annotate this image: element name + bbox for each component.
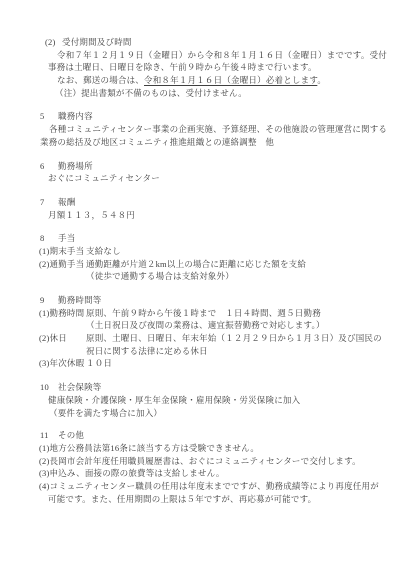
section-2-marker: (2) xyxy=(45,36,62,49)
section-9-item-3: (3)年次休暇１０日 xyxy=(39,357,400,370)
section-6-heading: 6勤務場所 xyxy=(40,160,400,173)
section-11-item-1: (1)地方公務員法第16条に該当する方は受験できません。 xyxy=(39,442,400,455)
section-7-number: 7 xyxy=(40,196,58,209)
section-2-paragraph-line-1: 令和７年１２月１９日（金曜日）から令和８年１月１６日（金曜日）までです。受付 xyxy=(57,49,400,62)
section-spacer xyxy=(0,99,400,110)
section-11-item-4: (4)コミュニティセンター職員の任用は年度末までですが、勤務成績等により再度任用… xyxy=(39,480,400,493)
section-2-caution-note: （注）提出書類が不備のものは、受付けません。 xyxy=(55,87,400,100)
section-11-number: 11 xyxy=(40,429,58,442)
mail-note-pre: なお、郵送の場合は、 xyxy=(57,75,144,85)
section-11-item-2: (2)長岡市会計年度任用職員履歴書は、おぐにコミュニティセンターで交付します。 xyxy=(39,455,400,468)
section-11-title: その他 xyxy=(58,430,84,440)
section-spacer xyxy=(0,370,400,381)
section-5-paragraph-line-1: 各種コミュニティセンター事業の企画実施、予算経理、その他施設の管理運営に関する xyxy=(49,123,400,136)
section-10-heading: 10社会保険等 xyxy=(40,381,400,394)
section-8-item-1: (1)期末手当支給なし xyxy=(39,245,400,258)
item-desc: 原則、午前９時から午後１時まで １日４時間、週５日勤務 xyxy=(86,307,321,320)
item-label: (2)休日 xyxy=(39,332,86,345)
document-page: (2)受付期間及び時間 令和７年１２月１９日（金曜日）から令和８年１月１６日（金… xyxy=(0,0,400,566)
section-2-paragraph-line-2: 事務は土曜日、日曜日を除き、午前９時から午後４時まで行います。 xyxy=(48,61,400,74)
section-6-number: 6 xyxy=(40,160,58,173)
section-5-title: 職務内容 xyxy=(58,111,93,121)
section-9-title: 勤務時間等 xyxy=(58,295,102,305)
section-7-title: 報酬 xyxy=(58,197,75,207)
section-10-title: 社会保険等 xyxy=(58,382,102,392)
section-10-line-2: （要件を満たす場合に加入） xyxy=(49,407,400,420)
item-desc: 通勤距離が片道２km以上の場合に距離に応じた額を支給 xyxy=(86,258,306,271)
section-10-number: 10 xyxy=(40,381,58,394)
section-2-heading: (2)受付期間及び時間 xyxy=(45,36,400,49)
item-desc: １０日 xyxy=(86,357,112,370)
section-7-body-monthly-salary: 月額１１３，５４８円 xyxy=(48,209,400,222)
item-label: (1)期末手当 xyxy=(39,245,86,258)
section-8-title: 手当 xyxy=(58,233,75,243)
section-9-item-2-continuation: 祝日に関する法律に定める休日 xyxy=(86,345,400,358)
item-label: (2)通勤手当 xyxy=(39,258,86,271)
section-9-item-1-note: （土日祝日及び夜間の業務は、適宜振替勤務で対応します。） xyxy=(86,319,400,332)
section-9-heading: 9勤務時間等 xyxy=(40,294,400,307)
item-desc: 原則、土曜日、日曜日、年末年始（１２月２９日から１月３日）及び国民の xyxy=(86,332,382,345)
section-11-heading: 11その他 xyxy=(40,429,400,442)
section-11-item-4-continuation: 可能です。また、任用期間の上限は５年ですが、再応募が可能です。 xyxy=(48,493,400,506)
section-spacer xyxy=(0,149,400,160)
section-9-item-2: (2)休日原則、土曜日、日曜日、年末年始（１２月２９日から１月３日）及び国民の xyxy=(39,332,400,345)
item-label: (1)勤務時間 xyxy=(39,307,86,320)
section-8-item-2-note: （徒歩で通勤する場合は支給対象外） xyxy=(86,270,400,283)
section-5-number: 5 xyxy=(40,110,58,123)
section-spacer xyxy=(0,419,400,429)
mail-deadline-underlined: 令和８年１月１６日（金曜日）必着とします xyxy=(144,75,317,85)
section-10-line-1: 健康保険・介護保険・厚生年金保険・雇用保険・労災保険に加入 xyxy=(48,394,400,407)
section-spacer xyxy=(0,221,400,232)
section-spacer xyxy=(0,283,400,294)
section-6-body: おぐにコミュニティセンター xyxy=(48,172,400,185)
mail-note-post: 。 xyxy=(317,75,326,85)
section-2-mail-note-line: なお、郵送の場合は、令和８年１月１６日（金曜日）必着とします。 xyxy=(57,74,400,87)
item-desc: 支給なし xyxy=(86,245,121,258)
section-7-heading: 7報酬 xyxy=(40,196,400,209)
section-spacer xyxy=(0,185,400,196)
item-label: (3)年次休暇 xyxy=(39,357,86,370)
section-2-title: 受付期間及び時間 xyxy=(62,37,132,47)
section-9-number: 9 xyxy=(40,294,58,307)
section-9-item-1: (1)勤務時間原則、午前９時から午後１時まで １日４時間、週５日勤務 xyxy=(39,307,400,320)
section-8-number: 8 xyxy=(40,232,58,245)
section-8-heading: 8手当 xyxy=(40,232,400,245)
section-6-title: 勤務場所 xyxy=(58,161,93,171)
section-8-item-2: (2)通勤手当通勤距離が片道２km以上の場合に距離に応じた額を支給 xyxy=(39,258,400,271)
section-5-paragraph-line-2: 業務の総括及び地区コミュニティ推進組織との連絡調整 他 xyxy=(40,136,400,149)
section-11-item-3: (3)申込み、面接の際の旅費等は支給しません。 xyxy=(39,467,400,480)
section-5-heading: 5職務内容 xyxy=(40,110,400,123)
